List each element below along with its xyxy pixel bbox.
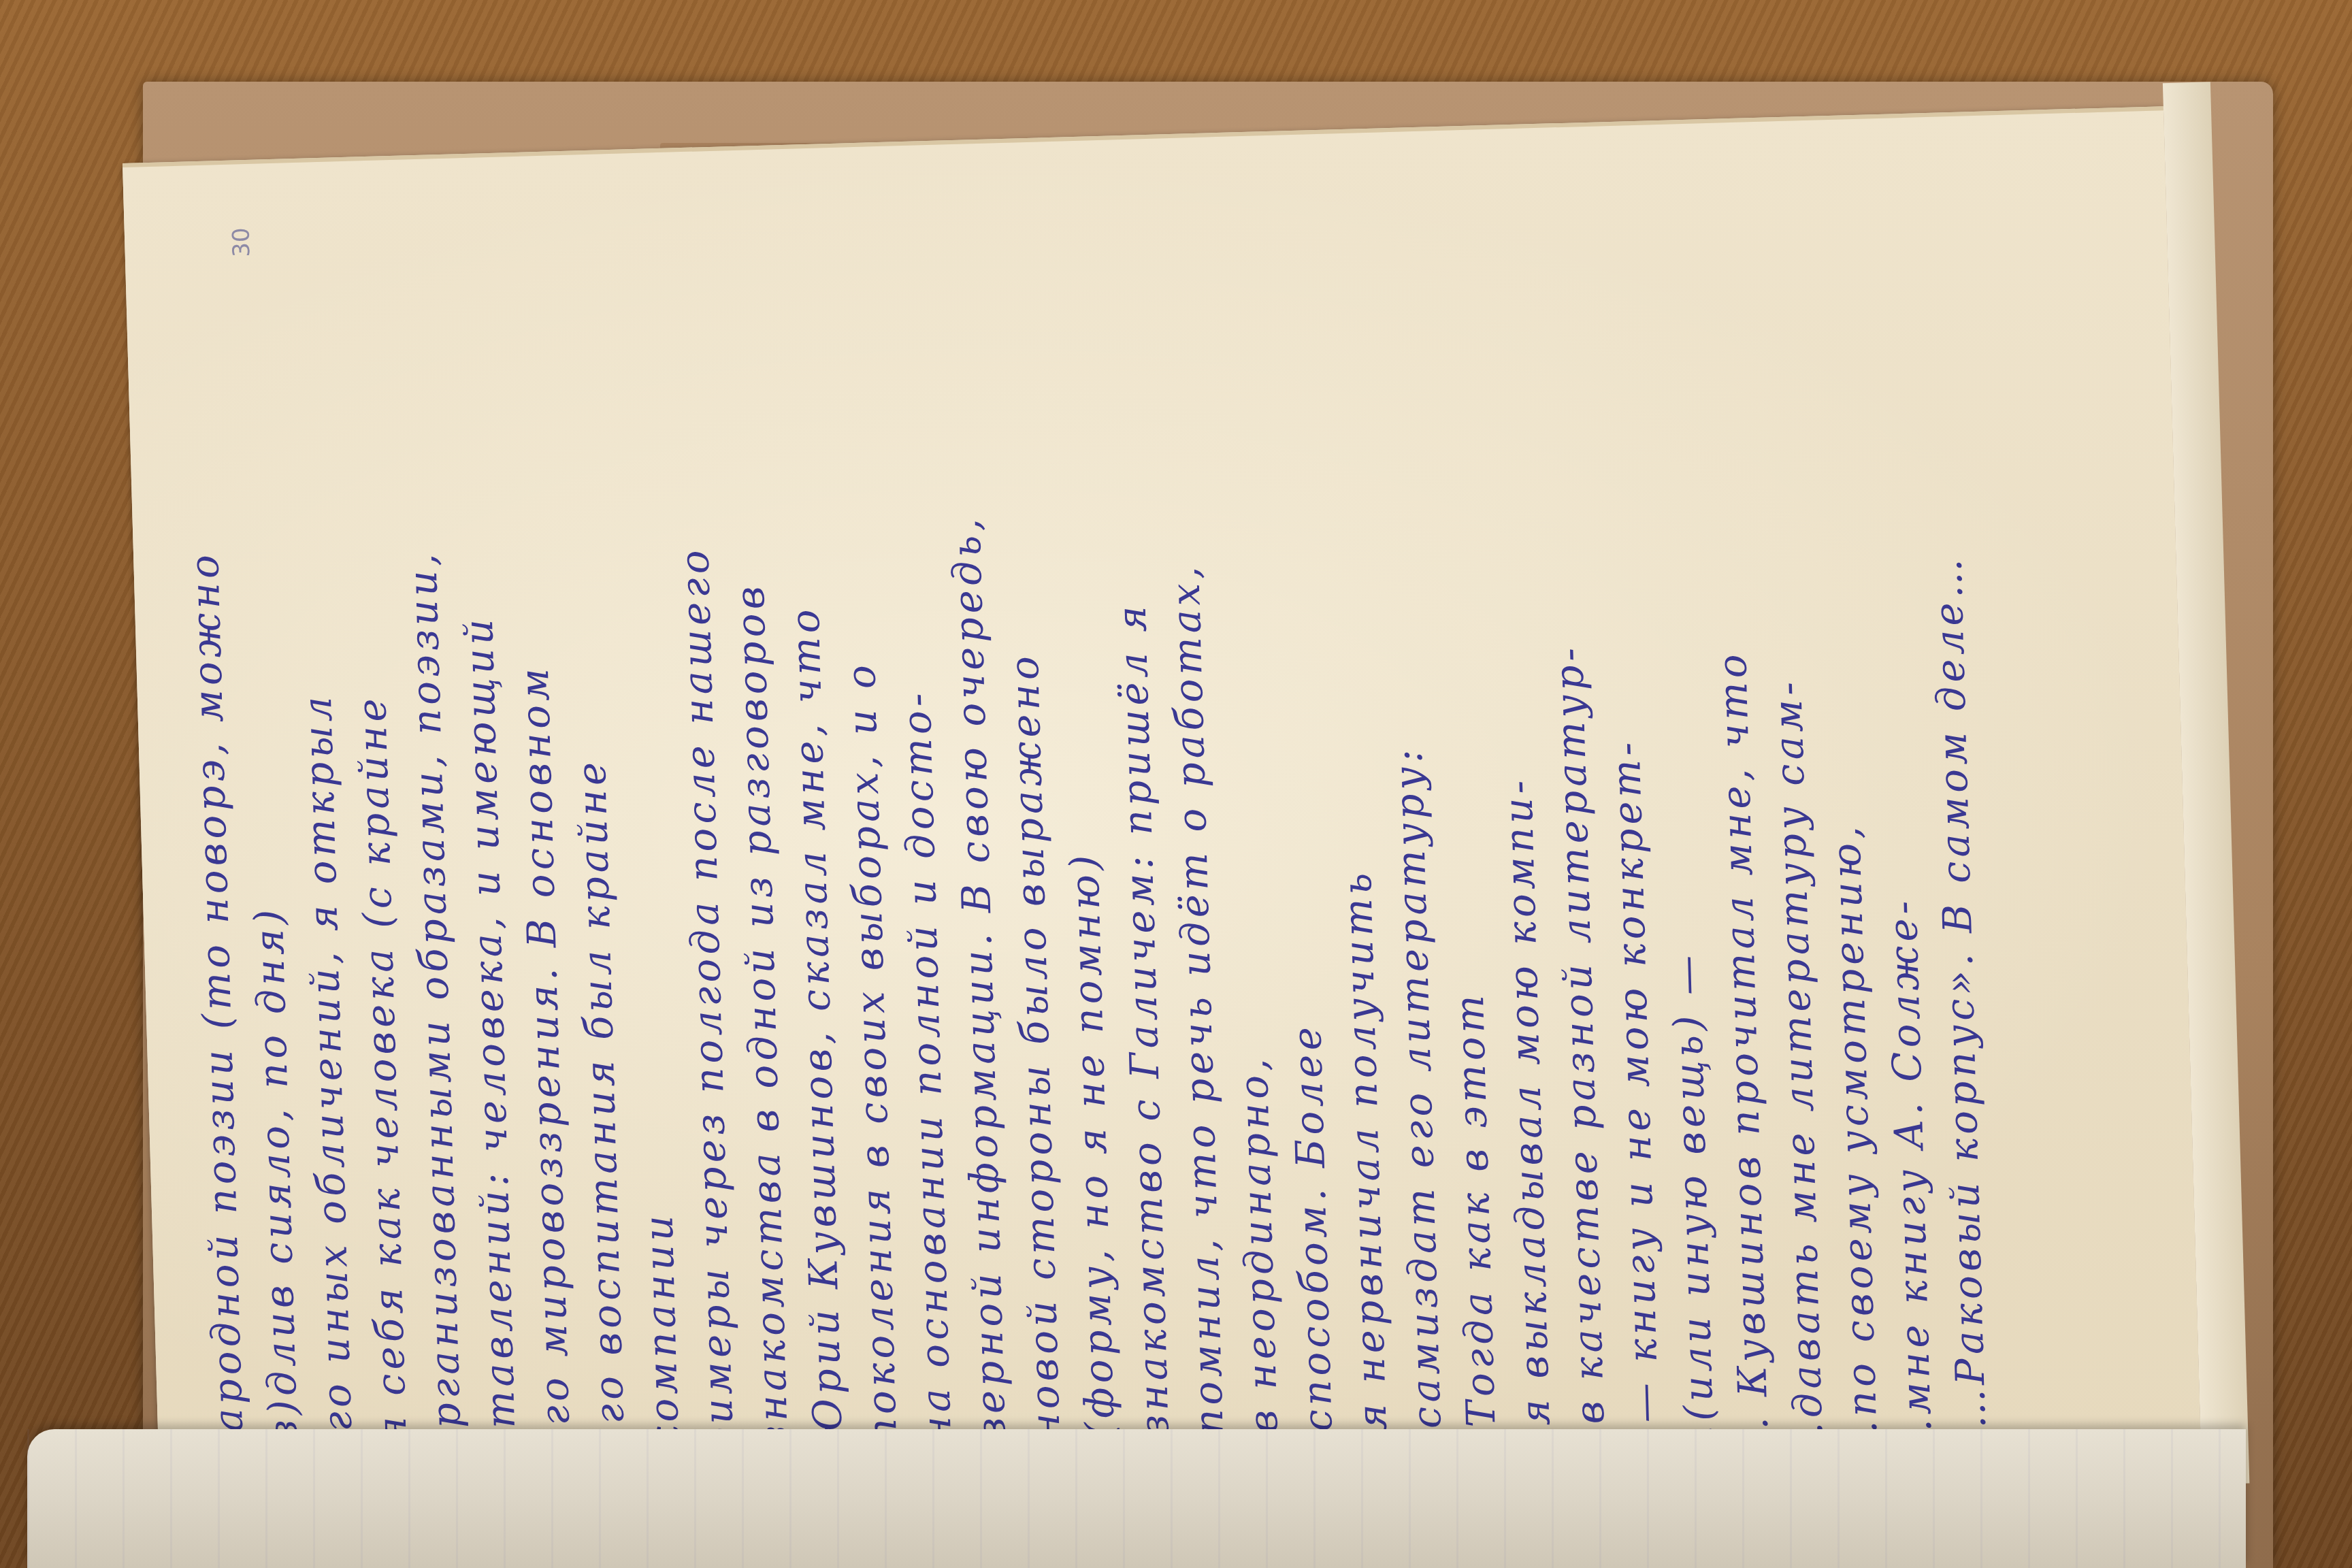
manuscript-page: 30 …народной поэзии (то новорэ, можно …(… [122, 106, 2202, 1528]
bleed-through-text [27, 1429, 2246, 1568]
curled-page [27, 1429, 2246, 1568]
handwritten-lines: …народной поэзии (то новорэ, можно …(з)д… [122, 110, 2202, 1528]
